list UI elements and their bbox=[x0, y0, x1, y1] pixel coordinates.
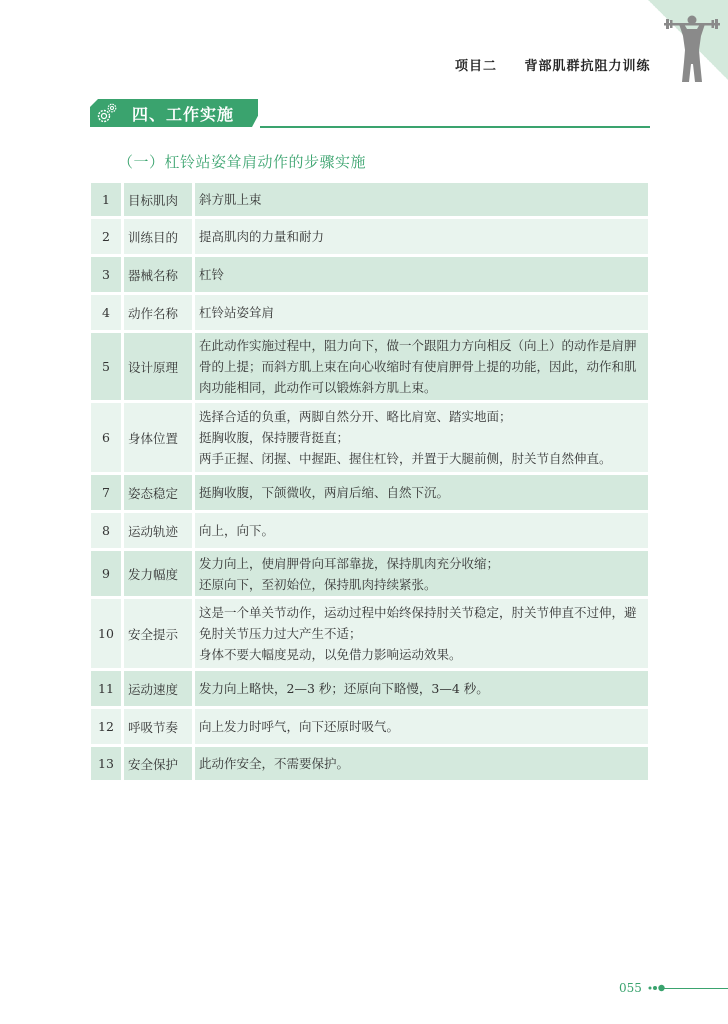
cell-label: 安全提示 bbox=[124, 599, 195, 671]
table-row: 8运动轨迹向上，向下。 bbox=[91, 513, 648, 551]
cell-content: 向上，向下。 bbox=[195, 513, 648, 551]
cell-num: 7 bbox=[91, 475, 124, 513]
table-row: 7姿态稳定挺胸收腹，下颌微收，两肩后缩、自然下沉。 bbox=[91, 475, 648, 513]
table-row: 10安全提示这是一个单关节动作，运动过程中始终保持肘关节稳定，肘关节伸直不过伸，… bbox=[91, 599, 648, 671]
cell-label: 发力幅度 bbox=[124, 551, 195, 599]
cell-content: 此动作安全，不需要保护。 bbox=[195, 747, 648, 783]
table-row: 1目标肌肉斜方肌上束 bbox=[91, 183, 648, 219]
cell-label: 运动轨迹 bbox=[124, 513, 195, 551]
cell-num: 4 bbox=[91, 295, 124, 333]
steps-table: 1目标肌肉斜方肌上束2训练目的提高肌肉的力量和耐力3器械名称杠铃4动作名称杠铃站… bbox=[91, 183, 648, 783]
cell-content: 挺胸收腹，下颌微收，两肩后缩、自然下沉。 bbox=[195, 475, 648, 513]
cell-num: 12 bbox=[91, 709, 124, 747]
table-row: 5设计原理在此动作实施过程中，阻力向下，做一个跟阻力方向相反（向上）的动作是肩胛… bbox=[91, 333, 648, 403]
cell-num: 3 bbox=[91, 257, 124, 295]
cell-label: 身体位置 bbox=[124, 403, 195, 475]
footer-line bbox=[664, 988, 728, 989]
cell-content: 向上发力时呼气，向下还原时吸气。 bbox=[195, 709, 648, 747]
cell-num: 13 bbox=[91, 747, 124, 783]
running-head: 项目二 背部肌群抗阻力训练 bbox=[455, 55, 651, 74]
cell-label: 训练目的 bbox=[124, 219, 195, 257]
cell-label: 设计原理 bbox=[124, 333, 195, 403]
table-row: 12呼吸节奏向上发力时呼气，向下还原时吸气。 bbox=[91, 709, 648, 747]
cell-num: 10 bbox=[91, 599, 124, 671]
cell-content: 杠铃 bbox=[195, 257, 648, 295]
section-title: 四、工作实施 bbox=[132, 102, 234, 125]
gears-icon bbox=[96, 103, 118, 123]
cell-content: 在此动作实施过程中，阻力向下，做一个跟阻力方向相反（向上）的动作是肩胛骨的上提；… bbox=[195, 333, 648, 403]
cell-num: 5 bbox=[91, 333, 124, 403]
table-row: 3器械名称杠铃 bbox=[91, 257, 648, 295]
cell-content: 发力向上，使肩胛骨向耳部靠拢，保持肌肉充分收缩；还原向下，至初始位，保持肌肉持续… bbox=[195, 551, 648, 599]
page-number: 055 bbox=[619, 981, 642, 995]
cell-content: 斜方肌上束 bbox=[195, 183, 648, 219]
project-label: 项目二 bbox=[455, 59, 497, 74]
cell-label: 动作名称 bbox=[124, 295, 195, 333]
table-row: 9发力幅度发力向上，使肩胛骨向耳部靠拢，保持肌肉充分收缩；还原向下，至初始位，保… bbox=[91, 551, 648, 599]
cell-label: 安全保护 bbox=[124, 747, 195, 783]
chapter-title: 背部肌群抗阻力训练 bbox=[525, 59, 651, 74]
cell-num: 8 bbox=[91, 513, 124, 551]
section-tab: 四、工作实施 bbox=[90, 99, 258, 127]
cell-num: 11 bbox=[91, 671, 124, 709]
cell-label: 姿态稳定 bbox=[124, 475, 195, 513]
cell-content: 杠铃站姿耸肩 bbox=[195, 295, 648, 333]
cell-content: 这是一个单关节动作，运动过程中始终保持肘关节稳定，肘关节伸直不过伸，避免肘关节压… bbox=[195, 599, 648, 671]
cell-label: 呼吸节奏 bbox=[124, 709, 195, 747]
subsection-heading: （一）杠铃站姿耸肩动作的步骤实施 bbox=[118, 151, 366, 172]
table-row: 2训练目的提高肌肉的力量和耐力 bbox=[91, 219, 648, 257]
cell-label: 运动速度 bbox=[124, 671, 195, 709]
cell-content: 提高肌肉的力量和耐力 bbox=[195, 219, 648, 257]
cell-num: 2 bbox=[91, 219, 124, 257]
cell-num: 1 bbox=[91, 183, 124, 219]
cell-num: 9 bbox=[91, 551, 124, 599]
section-divider bbox=[260, 126, 650, 128]
table-row: 11运动速度发力向上略快，2—3 秒；还原向下略慢，3—4 秒。 bbox=[91, 671, 648, 709]
weightlifter-silhouette-icon bbox=[662, 14, 722, 84]
cell-content: 发力向上略快，2—3 秒；还原向下略慢，3—4 秒。 bbox=[195, 671, 648, 709]
section-header: 四、工作实施 bbox=[90, 99, 650, 129]
cell-num: 6 bbox=[91, 403, 124, 475]
table-row: 4动作名称杠铃站姿耸肩 bbox=[91, 295, 648, 333]
cell-content: 选择合适的负重，两脚自然分开、略比肩宽、踏实地面；挺胸收腹，保持腰背挺直；两手正… bbox=[195, 403, 648, 475]
cell-label: 器械名称 bbox=[124, 257, 195, 295]
table-row: 13安全保护此动作安全，不需要保护。 bbox=[91, 747, 648, 783]
cell-label: 目标肌肉 bbox=[124, 183, 195, 219]
table-row: 6身体位置选择合适的负重，两脚自然分开、略比肩宽、踏实地面；挺胸收腹，保持腰背挺… bbox=[91, 403, 648, 475]
